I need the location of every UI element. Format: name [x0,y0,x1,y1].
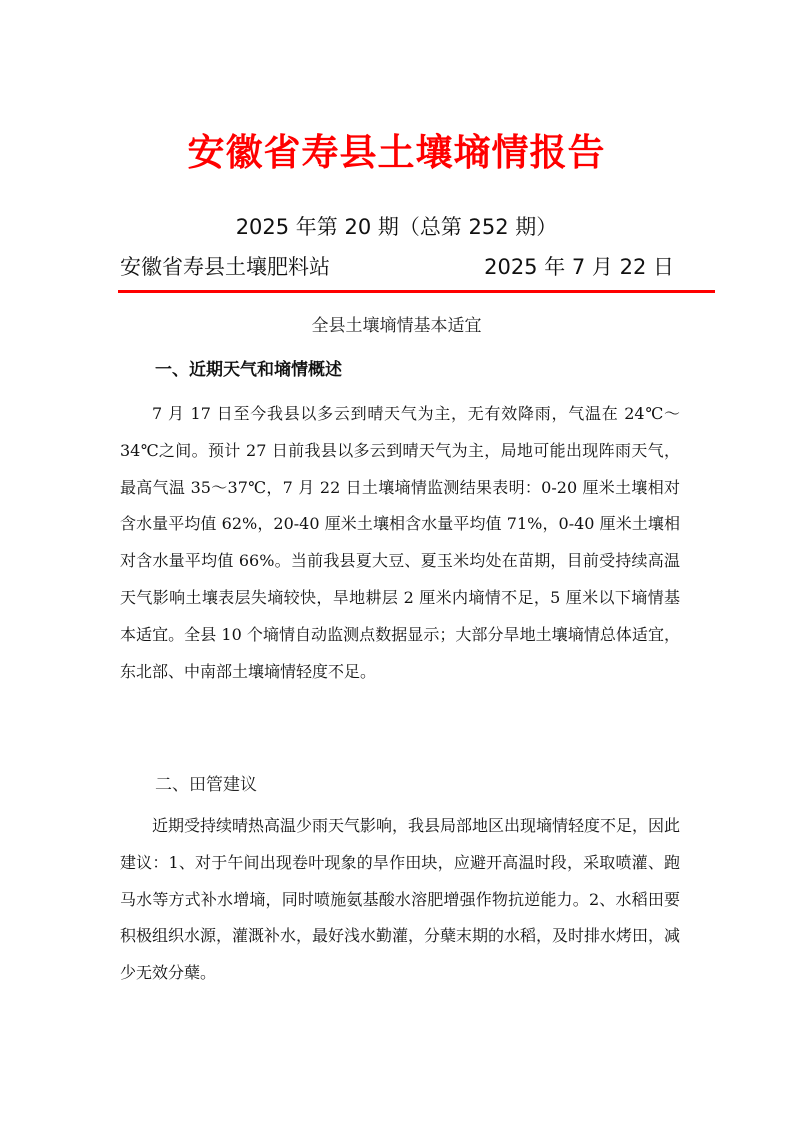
header-divider [118,290,715,293]
issuing-organization: 安徽省寿县土壤肥料站 [120,252,330,282]
report-title: 安徽省寿县土壤墒情报告 [0,128,793,178]
section-heading-weather: 一、近期天气和墒情概述 [155,355,715,385]
section-body-field-advice: 近期受持续晴热高温少雨天气影响，我县局部地区出现墒情轻度不足，因此建议：1、对于… [120,808,680,992]
issue-number: 2025 年第 20 期（总第 252 期） [0,212,793,242]
section-heading-field-advice: 二、田管建议 [155,770,715,800]
report-summary: 全县土壤墒情基本适宜 [0,313,793,339]
issue-date: 2025 年 7 月 22 日 [484,252,674,282]
report-page: 安徽省寿县土壤墒情报告 2025 年第 20 期（总第 252 期） 安徽省寿县… [0,0,793,1122]
section-body-weather: 7 月 17 日至今我县以多云到晴天气为主，无有效降雨，气温在 24℃～34℃之… [120,396,680,690]
